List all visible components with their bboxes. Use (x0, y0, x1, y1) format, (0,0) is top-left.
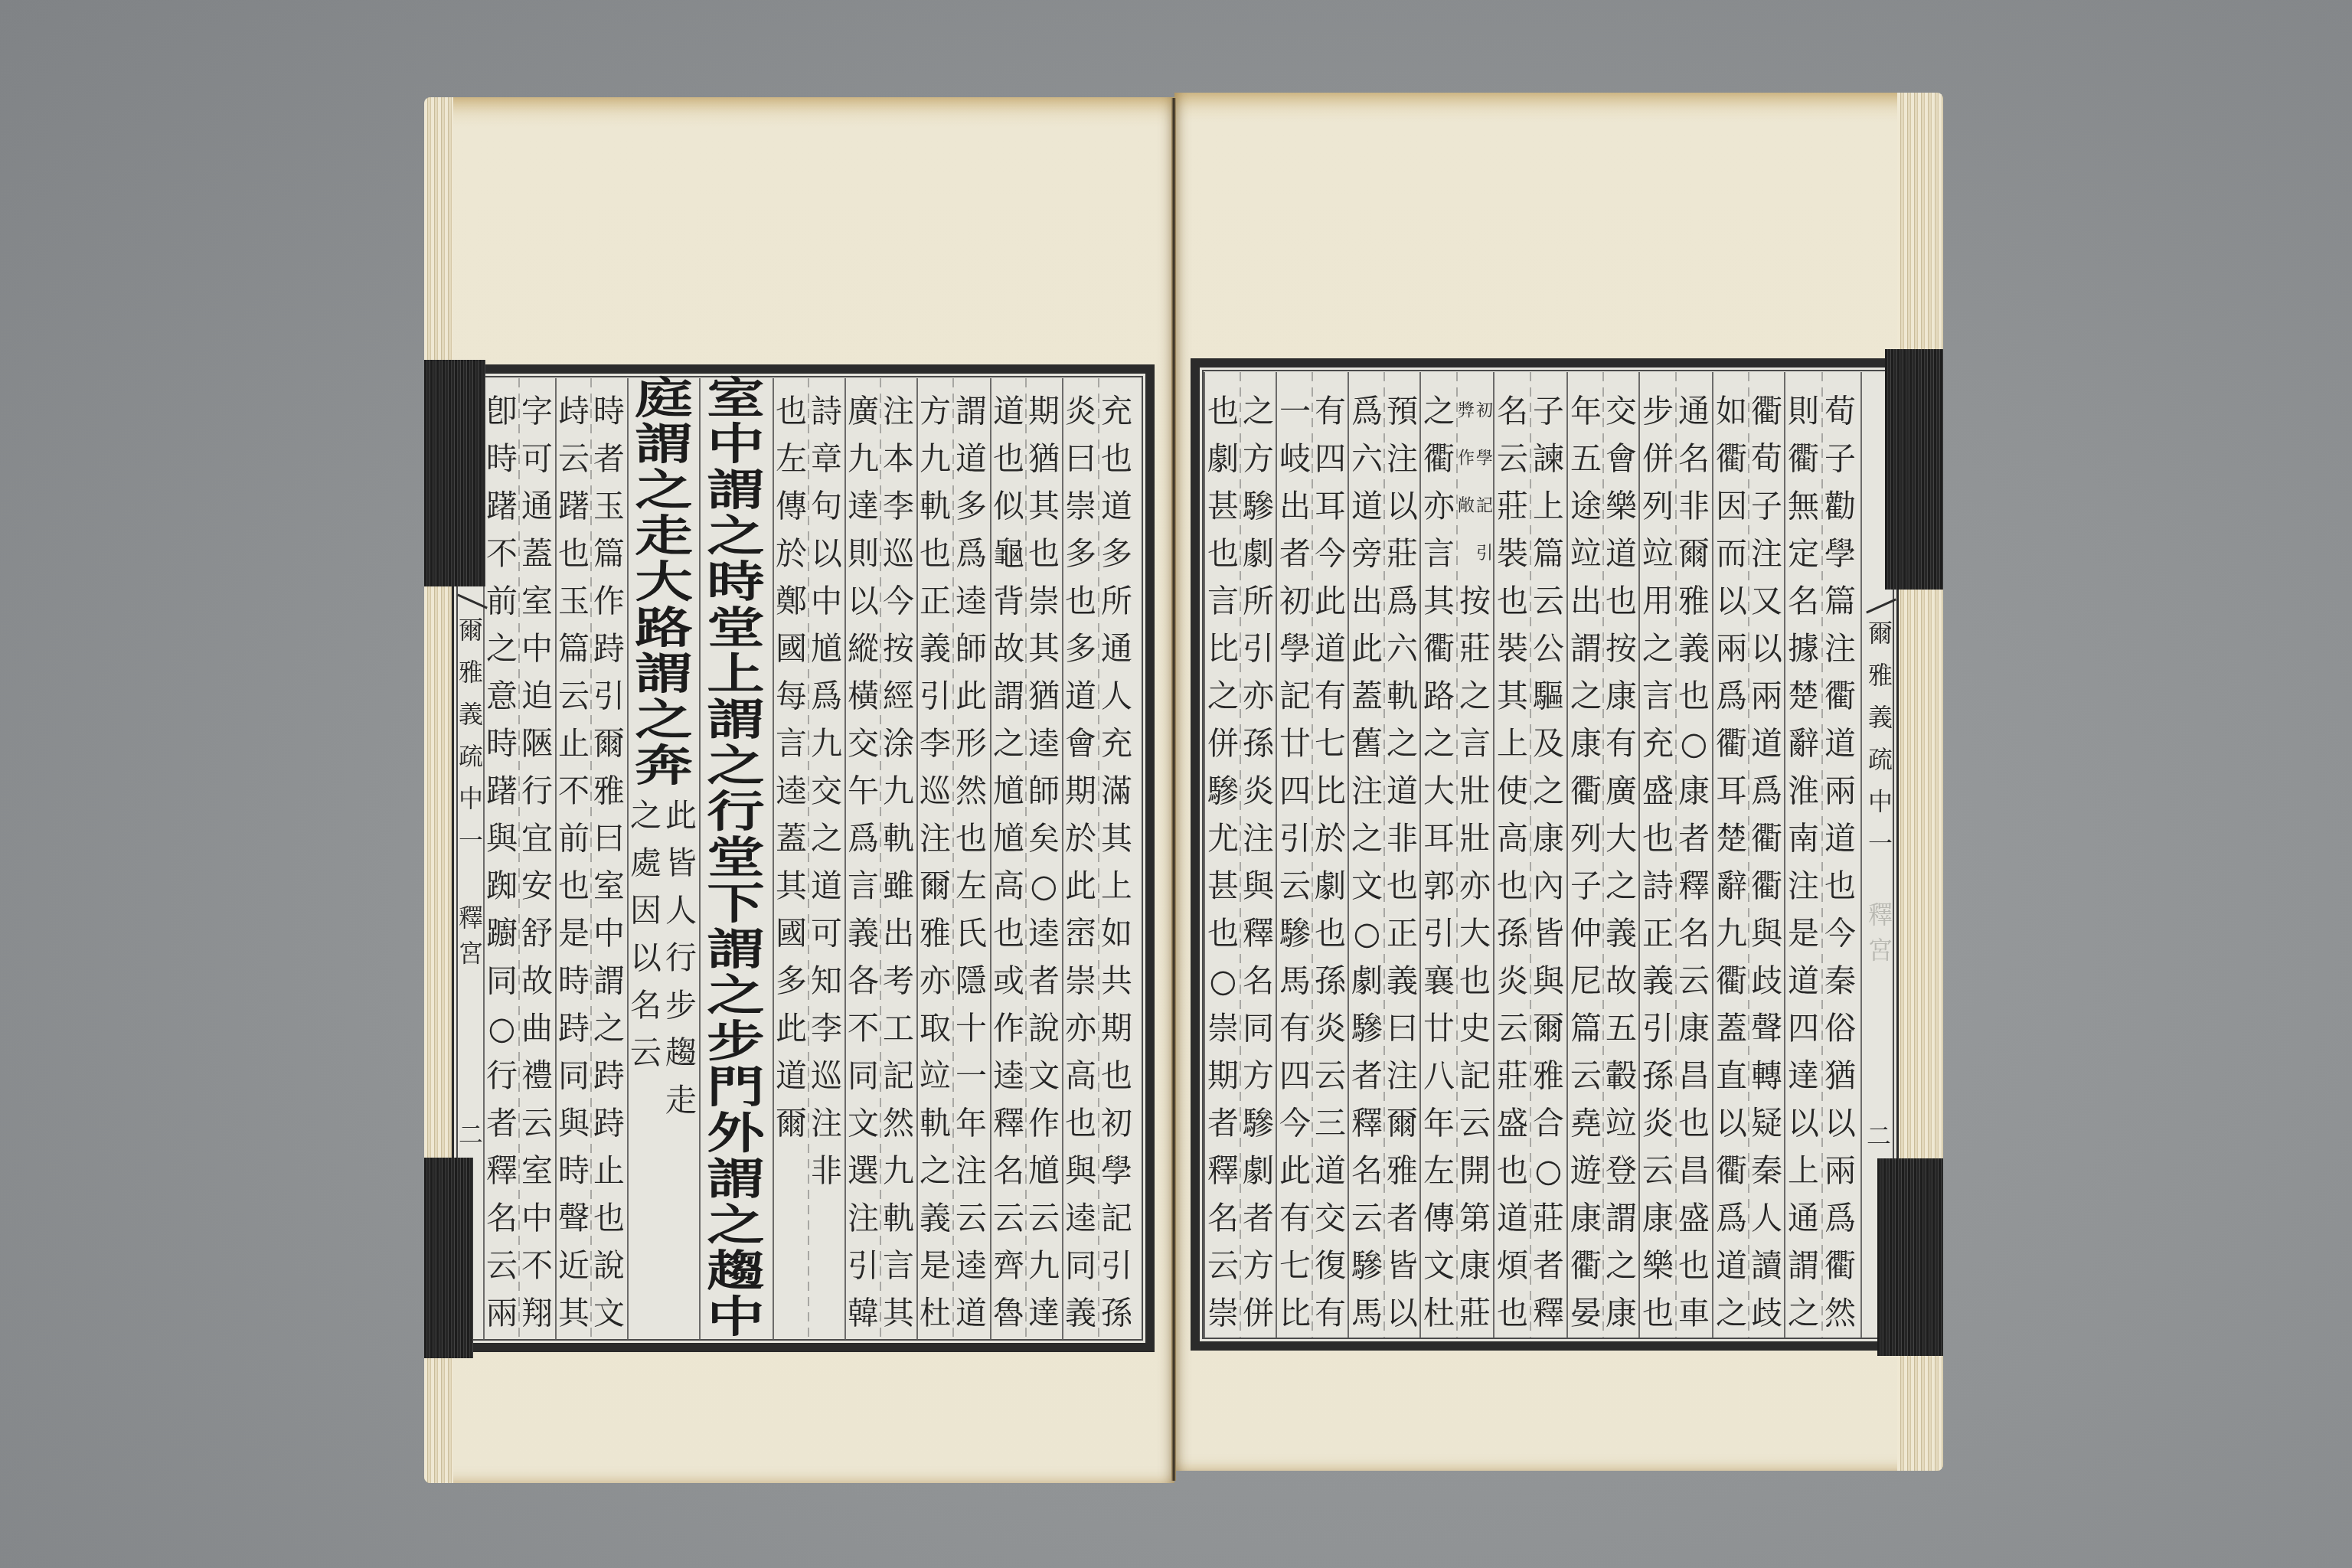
commentary-column: 按莊之言壯壯亦大也史記云開第康莊 (1457, 577, 1493, 1337)
commentary-column: 子諫上篇云公驅及之康內皆與爾雅合○莊者釋 (1530, 387, 1566, 1337)
page-number: 二 (1865, 1119, 1893, 1153)
black-mouth-band (1877, 1158, 1943, 1356)
commentary-column: 注本李巡今按經涂九軌雖出考工記然九軌言其 (880, 387, 916, 1337)
commentary-column: 如衢因而以兩爲衢耳楚辭九衢蓋直以衢爲道之 (1713, 387, 1749, 1337)
commentary-column: 預注以莊爲六軌之道非也正義曰注爾雅者皆以 (1384, 387, 1420, 1337)
commentary-column: 交會樂道也按康有廣大之義故五轂竝登謂之康 (1603, 387, 1639, 1337)
annotation-note: 之處因以名云 (628, 792, 664, 1076)
commentary-column: 通名非爾雅義也○康者釋名云康昌也昌盛也車 (1676, 387, 1712, 1337)
commentary-column: 名云莊裝也裝其上使高也孫炎云莊盛也道煩也 (1494, 387, 1530, 1337)
commentary-column: 年五途竝出謂之康衢列子仲尼篇云堯遊康衢晏 (1568, 387, 1604, 1337)
page-number: 二 (457, 1118, 485, 1151)
black-mouth-band (424, 1158, 473, 1358)
commentary-column: 衢荀子注又以兩道爲衢衢與歧聲轉疑秦人讀歧 (1749, 387, 1785, 1337)
commentary-column: 炎曰崇多也多道會期於此崈崇亦高也與逵同義 (1063, 387, 1099, 1337)
commentary-column: 歭云躇也玉篇云止不前也是時跱同與時聲近其 (556, 387, 592, 1337)
margin-section: 釋宮 (1867, 897, 1894, 968)
column-rule (1860, 372, 1862, 1338)
annotation-note: 初學記引 (1475, 387, 1494, 577)
commentary-column: 有四耳今此道有七比於劇也孫炎云三道交復有 (1312, 387, 1348, 1337)
commentary-column: 字可通蓋室中迫陿行宜安舒故曲禮云室中不翔 (519, 387, 555, 1337)
commentary-column: 卽時躇不前之意時躇與踟躕同○行者釋名云兩 (484, 387, 520, 1337)
main-text-column: 庭謂之走大路謂之奔 (628, 375, 700, 789)
open-book-spread: 爾雅義疏中一 釋宮 二 爾雅義疏中一 釋宮 二 荀子勸學篇注衢道兩道也今秦俗猶以… (0, 0, 2352, 1568)
black-mouth-band (1885, 349, 1943, 590)
commentary-column: 方九軌也正義引李巡注爾雅亦取竝軌之義是杜 (917, 387, 953, 1337)
main-text: 庭謂之走大路謂之奔 (635, 375, 693, 789)
annotation-note: 此皆人行步趨走 (663, 792, 699, 1124)
commentary-column: 也左傳於鄭國每言逵蓋其國多此道爾 (773, 387, 809, 1147)
commentary-column: 則衢無定名據楚辭淮南注是道四達以上通謂之 (1785, 387, 1821, 1337)
commentary-column: 廣九達則以縱橫交午爲言義各不同文選注引韓 (845, 387, 881, 1337)
commentary-column: 之方驂劇所引亦孫炎注與釋名同方驂劇者方併 (1240, 387, 1276, 1337)
annotation-note: 㢡作敞 (1457, 387, 1475, 530)
margin-title: 爾雅義疏中一 (1867, 612, 1894, 865)
main-text-column: 室中謂之時堂上謂之行堂下謂之步門外謂之趨中 (700, 375, 772, 1340)
commentary-column: 爲六道旁出此蓋舊注之文○劇驂者釋名云驂馬 (1349, 387, 1385, 1337)
commentary-column: 之衢亦言其衢路之大耳郭引襄廿八年左傳文杜 (1421, 387, 1457, 1337)
margin-title: 爾雅義疏中一 (457, 609, 485, 862)
commentary-column: 道也似龜背故謂之馗馗高也或作逵釋名云齊魯 (991, 387, 1027, 1337)
gutter (1171, 98, 1176, 1481)
commentary-column: 謂道多爲逵師此形然也左氏隱十一年注云逵道 (953, 387, 989, 1337)
commentary-column: 也劇甚也言比之併驂尤甚也○崇期者釋名云崇 (1205, 387, 1241, 1337)
margin-section: 釋宮 (457, 900, 485, 971)
commentary-column: 一岐出者初學記廿四引云驂馬有四今此有七比 (1277, 387, 1313, 1337)
commentary-column: 時者玉篇作跱引爾雅曰室中謂之跱跱止也說文 (591, 387, 627, 1337)
commentary-column: 充也道多所通人充滿其上如共期也初學記引孫 (1099, 387, 1135, 1337)
commentary-column: 荀子勸學篇注衢道兩道也今秦俗猶以兩爲衢然 (1822, 387, 1858, 1337)
black-mouth-band (424, 360, 485, 586)
main-text: 室中謂之時堂上謂之行堂下謂之步門外謂之趨中 (707, 375, 765, 1340)
commentary-column: 詩章句以中馗爲九交之道可知李巡注非 (808, 387, 844, 1194)
commentary-column: 期猶其也崇其猶逵師矣○逵者說文作馗云九達 (1026, 387, 1062, 1337)
commentary-column: 步併列竝用之言充盛也詩正義引孫炎云康樂也 (1640, 387, 1676, 1337)
